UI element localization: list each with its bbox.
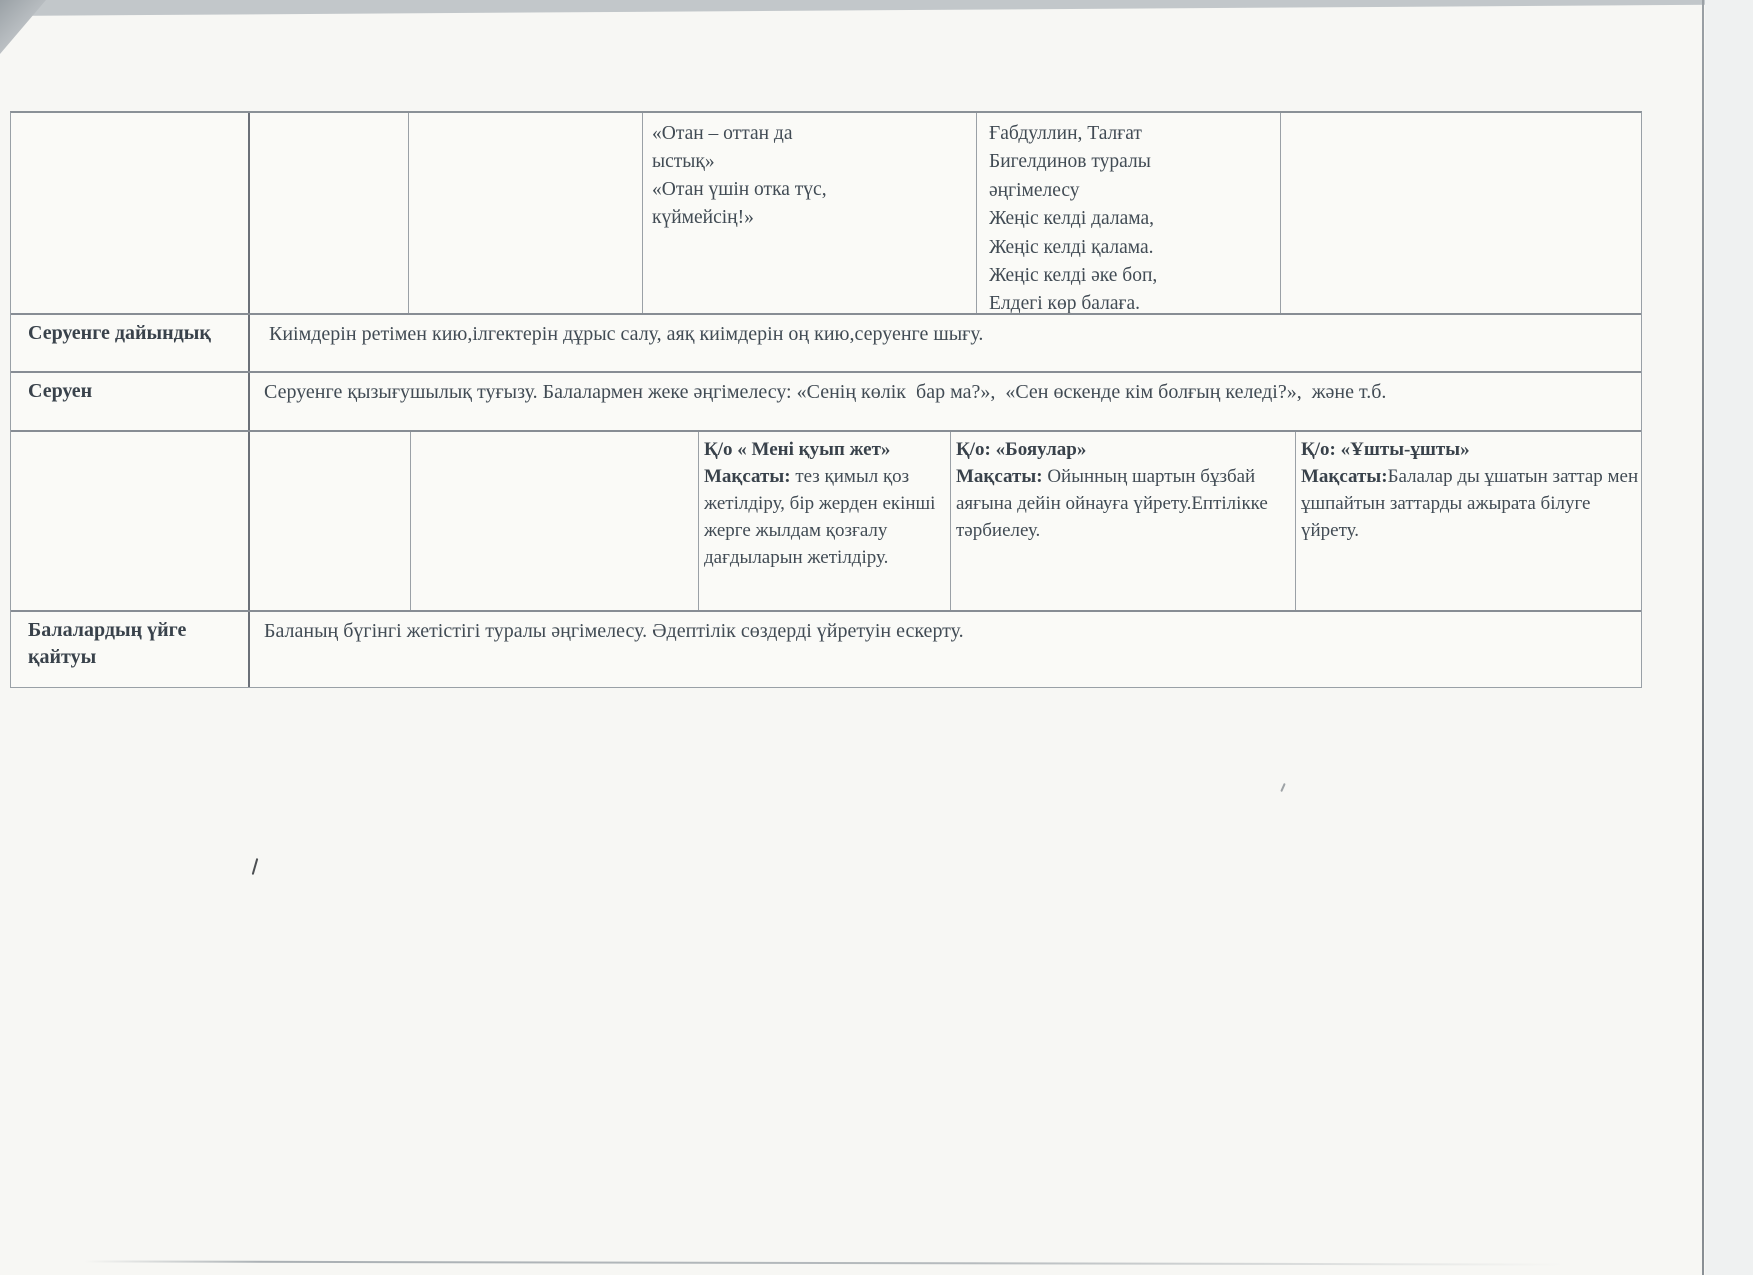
table-row: Серуенге дайындық Киімдерін ретімен кию,… [11, 313, 1641, 371]
game-goal: Мақсаты: тез қимыл қоз жетілдіру, бір же… [704, 463, 948, 571]
row-label-walk-preparation: Серуенге дайындық [11, 315, 250, 371]
empty-cell [411, 432, 699, 610]
scanned-page: «Отан – оттан да ыстық» «Отан үшін отка … [0, 0, 1753, 1275]
table-row: Балалардың үйге қайтуы Баланың бүгінгі ж… [11, 610, 1641, 687]
empty-cell [250, 113, 409, 313]
game-title: Қ/о: «Ұшты-ұшты» [1301, 436, 1639, 463]
row-label-children-going-home: Балалардың үйге қайтуы [11, 612, 250, 687]
game-cell-boyaular: Қ/о: «Бояулар» Мақсаты: Ойынның шартын б… [951, 432, 1296, 610]
game-title: Қ/о: «Бояулар» [956, 436, 1293, 463]
scan-top-left-corner-shadow [0, 0, 46, 54]
discussion-poem-cell: Ғабдуллин, Талғат Бигелдинов туралы әңгі… [977, 113, 1281, 313]
game-cell-meni-quyp-zhet: Қ/о « Мені қуып жет» Мақсаты: тез қимыл … [699, 432, 951, 610]
scan-right-page-edge [1702, 0, 1704, 1275]
goal-label: Мақсаты: [956, 466, 1043, 487]
lesson-plan-table: «Отан – оттан да ыстық» «Отан үшін отка … [10, 111, 1642, 688]
scan-top-edge-shadow [0, 0, 1753, 16]
children-going-home-content: Баланың бүгінгі жетістігі туралы әңгімел… [250, 612, 1641, 687]
scan-bottom-page-edge [84, 1260, 1564, 1265]
scan-speck-mark [1280, 783, 1285, 792]
walk-content: Серуенге қызығушылық туғызу. Балалармен … [250, 373, 1641, 430]
scan-pen-mark [252, 858, 259, 875]
empty-cell [250, 432, 411, 610]
empty-cell [11, 432, 250, 610]
empty-cell [409, 113, 643, 313]
table-row: Қ/о « Мені қуып жет» Мақсаты: тез қимыл … [11, 430, 1641, 610]
empty-cell [11, 113, 250, 313]
patriotic-quotes-cell: «Отан – оттан да ыстық» «Отан үшін отка … [643, 113, 977, 313]
game-goal: Мақсаты: Ойынның шартын бұзбай аяғына де… [956, 463, 1293, 544]
table-row: «Отан – оттан да ыстық» «Отан үшін отка … [11, 113, 1641, 313]
game-title: Қ/о « Мені қуып жет» [704, 436, 948, 463]
scan-right-margin [1705, 0, 1753, 1275]
walk-preparation-content: Киімдерін ретімен кию,ілгектерін дұрыс с… [250, 315, 1641, 371]
table-row: Серуен Серуенге қызығушылық туғызу. Бала… [11, 371, 1641, 430]
goal-label: Мақсаты: [704, 466, 791, 487]
game-cell-ushty-ushty: Қ/о: «Ұшты-ұшты» Мақсаты:Балалар ды ұшат… [1296, 432, 1641, 610]
game-goal: Мақсаты:Балалар ды ұшатын заттар мен ұшп… [1301, 463, 1639, 544]
empty-cell [1281, 113, 1641, 313]
goal-label: Мақсаты: [1301, 466, 1388, 487]
row-label-walk: Серуен [11, 373, 250, 430]
